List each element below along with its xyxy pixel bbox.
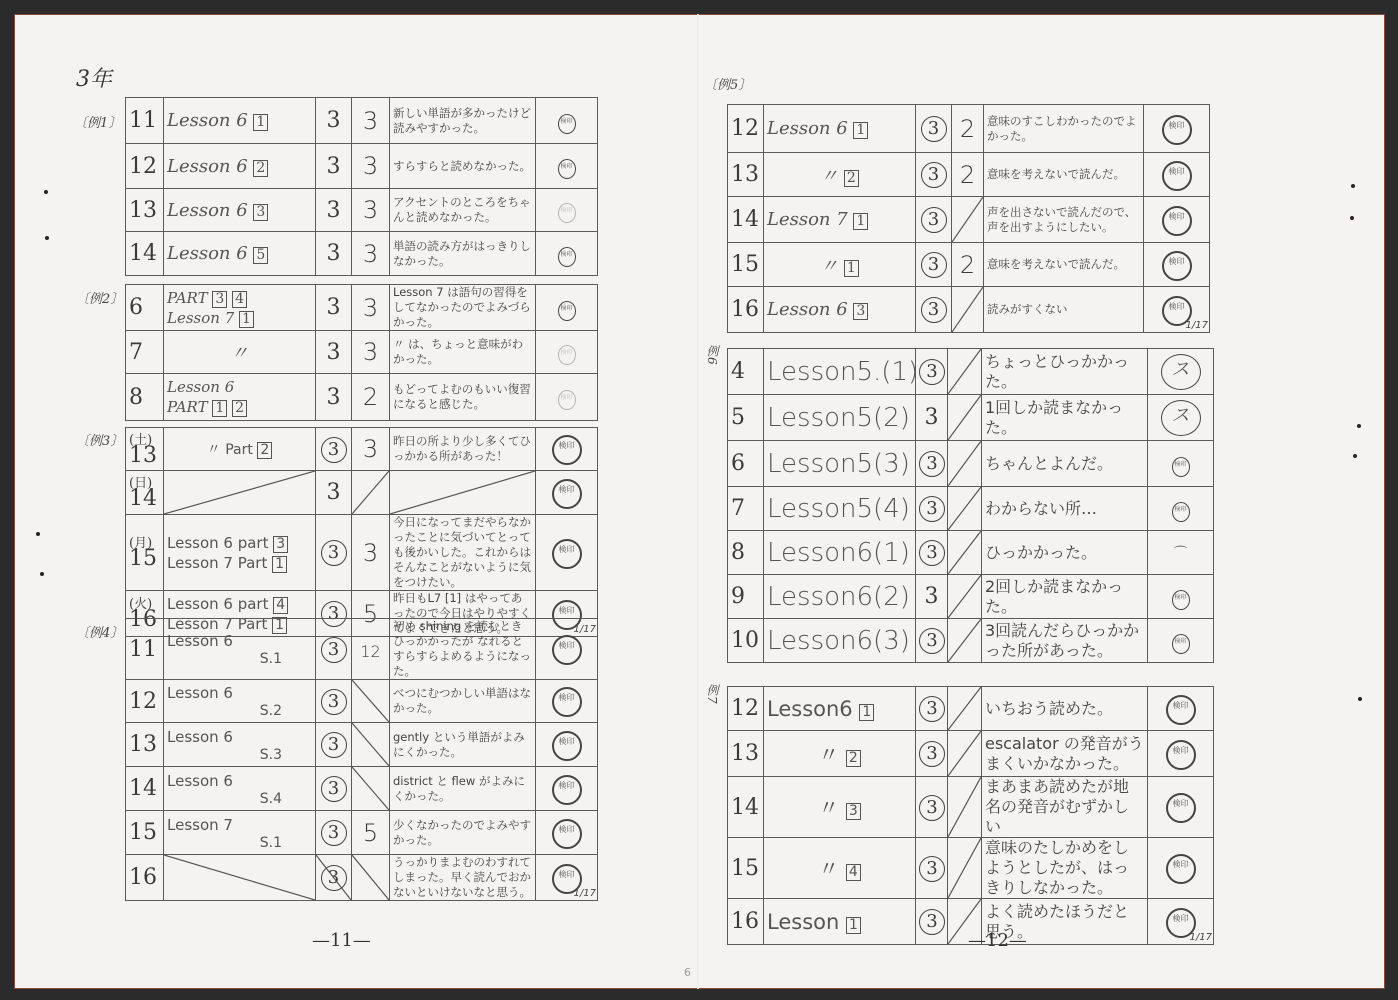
- section-label: S.2: [167, 703, 312, 719]
- reading-count-cell: [948, 531, 982, 575]
- boxed-part-number: 2: [257, 442, 272, 459]
- stamp-cell: 検印: [1148, 575, 1214, 619]
- reading-count: 3: [363, 294, 378, 322]
- comment-text: 2回しか読まなかった。: [985, 577, 1123, 616]
- approval-seal-icon: 検印: [1162, 115, 1192, 145]
- boxed-part-number: 2: [846, 750, 861, 767]
- reading-count: 3: [363, 196, 378, 224]
- boxed-part-number: 4: [846, 864, 861, 881]
- boxed-part-number: 3: [853, 303, 868, 320]
- circled-score: 3: [919, 359, 945, 385]
- score-cell: 3: [316, 144, 352, 189]
- comment-cell: すらすらと読めなかった。: [390, 144, 536, 189]
- boxed-part-number: 3: [846, 803, 861, 820]
- lesson-line: Lesson 6: [167, 727, 312, 747]
- comment-cell: ちゃんとよんだ。: [982, 441, 1148, 487]
- day-number: 16: [129, 865, 157, 890]
- day-number: 15: [731, 252, 759, 277]
- day-cell: 5: [728, 395, 764, 441]
- section-label: S.4: [167, 791, 312, 807]
- punch-hole: [1350, 216, 1354, 220]
- score-cell: 3: [316, 680, 352, 723]
- score-value: 3: [327, 295, 341, 320]
- circled-score: 3: [919, 856, 945, 882]
- score-value: 3: [327, 480, 341, 505]
- lesson-cell: Lesson 6 3: [764, 287, 916, 333]
- date-mark: 1/17: [1186, 320, 1208, 331]
- stamp-cell: 検印: [536, 767, 598, 811]
- circled-score: 3: [921, 116, 947, 142]
- day-number: 12: [731, 696, 759, 721]
- crossed-out-slash: [948, 487, 981, 530]
- lesson-cell: Lesson 6 part 3Lesson 7 Part 1: [164, 515, 316, 591]
- section-label: S.3: [167, 747, 312, 763]
- approval-seal-icon: 検印: [1172, 457, 1190, 477]
- stamp-cell: 検印: [536, 515, 598, 591]
- stamp-cell: 検印: [536, 331, 598, 374]
- score-cell: 3: [916, 619, 948, 663]
- day-cell: 9: [728, 575, 764, 619]
- lesson-cell: Lesson 7S.1: [164, 811, 316, 855]
- day-cell: 15: [728, 838, 764, 899]
- score-cell: 3: [916, 575, 948, 619]
- reading-log-table: 12Lesson 6 132意味のすこしわかったのでよかった。検印13〃 232…: [727, 104, 1210, 333]
- comment-text: 意味を考えないで読んだ。: [987, 257, 1125, 271]
- reading-count: 3: [363, 539, 378, 567]
- table-row: 13〃 23escalator の発音がうまくいかなかった。検印: [728, 731, 1214, 777]
- score-cell: 3: [916, 287, 952, 333]
- grade-label: 3年: [76, 62, 112, 93]
- comment-text: district と flew がよみにくかった。: [393, 774, 525, 803]
- reading-count: 3: [363, 240, 378, 268]
- score-cell: 3: [316, 855, 352, 901]
- score-value: 3: [925, 405, 939, 430]
- reading-count: 2: [960, 251, 975, 279]
- table-row: (土)13〃 Part 233昨日の所より少し多くてひっかかる所があった！検印: [126, 428, 598, 471]
- boxed-part-number: 2: [253, 160, 268, 177]
- day-cell: 10: [728, 619, 764, 663]
- day-number: 7: [731, 496, 745, 521]
- circled-score: 3: [919, 795, 945, 821]
- reading-count: 2: [363, 383, 378, 411]
- right-page-number: —12—: [968, 930, 1027, 951]
- comment-cell: いちおう読めた。: [982, 687, 1148, 731]
- lesson-cell: Lesson 6 5: [164, 232, 316, 276]
- approval-seal-icon: 検印: [1172, 502, 1190, 522]
- stamp-cell: ス: [1148, 395, 1214, 441]
- lesson-line: Lesson 6: [167, 771, 312, 791]
- table-row: 15〃 132意味を考えないで読んだ。検印: [728, 243, 1210, 287]
- table-row: 14Lesson 6S.43district と flew がよみにくかった。検…: [126, 767, 598, 811]
- reading-count-cell: 3: [352, 515, 390, 591]
- approval-seal-icon: 検印: [1162, 161, 1192, 191]
- stamp-cell: 検印: [536, 374, 598, 421]
- comment-cell: わからない所…: [982, 487, 1148, 531]
- section-label: S.1: [167, 835, 312, 851]
- day-cell: 15: [126, 811, 164, 855]
- day-cell: 7: [728, 487, 764, 531]
- stamp-cell: 検印1/17: [1144, 287, 1210, 333]
- crossed-out-slash: [352, 723, 389, 766]
- stamp-cell: 検印: [536, 232, 598, 276]
- stamp-cell: 検印: [536, 428, 598, 471]
- lesson-line: Lesson 7: [167, 815, 312, 835]
- crossed-out-slash: [164, 855, 315, 900]
- reading-count-cell: [952, 287, 984, 333]
- boxed-part-number: 1: [272, 556, 287, 573]
- day-cell: 11: [126, 619, 164, 680]
- score-value: 3: [327, 340, 341, 365]
- table-row: 16Lesson 6 33読みがすくない検印1/17: [728, 287, 1210, 333]
- day-number: 4: [731, 359, 745, 384]
- crossed-out-slash: [352, 680, 389, 722]
- table-row: 6Lesson5(3)3ちゃんとよんだ。検印: [728, 441, 1214, 487]
- day-cell: 11: [126, 98, 164, 144]
- reading-count-cell: 2: [352, 374, 390, 421]
- approval-seal-icon: 検印: [552, 731, 582, 761]
- day-cell: 8: [728, 531, 764, 575]
- lesson-cell: 〃: [164, 331, 316, 374]
- stamp-cell: 検印: [536, 811, 598, 855]
- day-cell: 14: [126, 767, 164, 811]
- punch-hole: [1358, 697, 1362, 701]
- reading-log-table: 12Lesson6 13いちおう読めた。検印13〃 23escalator の発…: [727, 686, 1214, 945]
- day-cell: 12: [126, 144, 164, 189]
- day-number: 12: [129, 154, 157, 179]
- boxed-part-number: 3: [212, 291, 227, 308]
- reading-count-cell: [948, 619, 982, 663]
- crossed-out-slash: [948, 619, 981, 662]
- lesson-cell: 〃 2: [764, 153, 916, 197]
- table-row: 13Lesson 6 333アクセントのところをちゃんと読めなかった。検印: [126, 189, 598, 232]
- center-fold: [697, 14, 699, 989]
- day-cell: 14: [728, 777, 764, 838]
- comment-text: 声を出さないで読んだので、声を出すようにしたい。: [987, 205, 1136, 234]
- approval-seal-icon: 検印: [1172, 590, 1190, 610]
- circled-score: 3: [321, 437, 347, 463]
- crossed-out-slash: [948, 731, 981, 776]
- day-cell: 13: [126, 723, 164, 767]
- comment-cell: 声を出さないで読んだので、声を出すようにしたい。: [984, 197, 1144, 243]
- boxed-part-number: 1: [253, 114, 268, 131]
- stamp-cell: 検印: [1148, 441, 1214, 487]
- boxed-part-number: 1: [212, 400, 227, 417]
- score-cell: 3: [916, 105, 952, 153]
- score-cell: 3: [316, 723, 352, 767]
- lesson-line: Lesson 6 part 4: [167, 594, 312, 614]
- lesson-line: Lesson 7 Part 1: [167, 553, 312, 573]
- stamp-cell: 検印: [1148, 838, 1214, 899]
- reading-count: 5: [363, 819, 378, 847]
- score-cell: 3: [916, 395, 948, 441]
- stamp-cell: 検印1/17: [1148, 899, 1214, 945]
- reading-count-cell: [352, 471, 390, 515]
- lesson-line: Lesson 6: [167, 683, 312, 703]
- table-row: 163うっかりまよむのわすれてしまった。早く読んでおかないといけないなと思う。検…: [126, 855, 598, 901]
- lesson-cell: Lesson 1: [764, 899, 916, 945]
- comment-text: 〃 は、ちょっと意味がわかった。: [393, 337, 523, 366]
- punch-hole: [44, 190, 48, 194]
- date-mark: 1/17: [574, 888, 596, 899]
- stamp-cell: 検印: [1148, 687, 1214, 731]
- day-number: 11: [129, 108, 157, 133]
- comment-cell: escalator の発音がうまくいかなかった。: [982, 731, 1148, 777]
- day-number: 8: [731, 540, 745, 565]
- approval-seal-icon: 検印: [1162, 206, 1192, 236]
- day-number: 13: [129, 198, 157, 223]
- lesson-cell: Lesson 6 2: [164, 144, 316, 189]
- score-cell: 3: [916, 487, 948, 531]
- score-cell: 3: [316, 285, 352, 331]
- comment-text: もどってよむのもいい復習になると感じた。: [393, 382, 531, 411]
- day-number: 11: [129, 637, 157, 662]
- reading-log-table: 6PART 3 4Lesson 7 133Lesson 7 は語句の習得をしてな…: [125, 284, 598, 421]
- approval-seal-icon: 検印: [1166, 740, 1196, 770]
- score-value: 3: [925, 584, 939, 609]
- comment-cell: 新しい単語が多かったけど読みやすかった。: [390, 98, 536, 144]
- score-value: 3: [327, 198, 341, 223]
- boxed-part-number: 4: [232, 291, 247, 308]
- day-cell: 12: [728, 105, 764, 153]
- reading-count-cell: [948, 687, 982, 731]
- approval-seal-icon: 検印: [558, 345, 576, 365]
- approval-seal-icon: 検印: [552, 775, 582, 805]
- table-row: 11Lesson 6 133新しい単語が多かったけど読みやすかった。検印: [126, 98, 598, 144]
- circled-score: 3: [919, 628, 945, 654]
- reading-count-cell: 3: [352, 189, 390, 232]
- comment-text: Lesson 7 は語句の習得をしてなかったのでよみづらかった。: [393, 285, 531, 329]
- score-cell: 3: [916, 197, 952, 243]
- comment-cell: 〃 は、ちょっと意味がわかった。: [390, 331, 536, 374]
- table-row: 12Lesson6 13いちおう読めた。検印: [728, 687, 1214, 731]
- approval-seal-icon: 検印: [552, 479, 582, 509]
- circled-score: 3: [921, 162, 947, 188]
- comment-cell: 2回しか読まなかった。: [982, 575, 1148, 619]
- reading-log-table: 4Lesson5.(1)3ちょっとひっかかった。ス5Lesson5(2)31回し…: [727, 348, 1214, 663]
- comment-cell: まあまあ読めたが地名の発音がむずかしい: [982, 777, 1148, 838]
- day-cell: 13: [728, 153, 764, 197]
- circled-score: 3: [921, 297, 947, 323]
- boxed-part-number: 1: [853, 213, 868, 230]
- reading-count-cell: [352, 723, 390, 767]
- day-number: 5: [731, 405, 745, 430]
- score-cell: 3: [316, 515, 352, 591]
- day-cell: 16: [126, 855, 164, 901]
- crossed-out-slash: [948, 349, 981, 394]
- stamp-cell: 検印: [536, 471, 598, 515]
- table-row: 14Lesson 6 533単語の読み方がはっきりしなかった。検印: [126, 232, 598, 276]
- comment-text: 今日になってまだやらなかったことに気づいてとっても後かいした。これからはそんなこ…: [393, 515, 531, 589]
- punch-hole: [36, 532, 40, 536]
- reading-count-cell: [948, 441, 982, 487]
- day-cell: 12: [126, 680, 164, 723]
- score-cell: 3: [916, 531, 948, 575]
- stamp-cell: 検印: [1148, 731, 1214, 777]
- boxed-part-number: 5: [253, 247, 268, 264]
- day-number: 13: [129, 443, 157, 468]
- comment-text: gently という単語がよみにくかった。: [393, 730, 525, 759]
- day-number: 13: [129, 732, 157, 757]
- score-cell: 3: [316, 374, 352, 421]
- lesson-cell: Lesson6 1: [764, 687, 916, 731]
- reading-count: 2: [960, 115, 975, 143]
- score-cell: 3: [916, 838, 948, 899]
- crossed-out-slash: [352, 855, 389, 900]
- lesson-cell: Lesson 6 1: [164, 98, 316, 144]
- score-cell: 3: [916, 243, 952, 287]
- comment-text: 新しい単語が多かったけど読みやすかった。: [393, 106, 531, 135]
- comment-cell: べつにむつかしい単語はなかった。: [390, 680, 536, 723]
- stamp-cell: ⌒: [1148, 531, 1214, 575]
- lesson-line: Lesson 7 1: [167, 308, 312, 328]
- crossed-out-slash: [948, 395, 981, 440]
- boxed-part-number: 1: [239, 311, 254, 328]
- stamp-cell: 検印: [1144, 197, 1210, 243]
- stamp-cell: 検印: [1148, 777, 1214, 838]
- punch-hole: [1353, 454, 1357, 458]
- lesson-cell: Lesson 6S.3: [164, 723, 316, 767]
- day-number: 12: [129, 689, 157, 714]
- lesson-cell: 〃 Part 2: [164, 428, 316, 471]
- lesson-cell: PART 3 4Lesson 7 1: [164, 285, 316, 331]
- left-page-number: —11—: [312, 930, 371, 951]
- approval-seal-icon: 検印: [552, 635, 582, 665]
- lesson-line: Lesson 6: [167, 377, 312, 397]
- example-label: 〔例3〕: [76, 430, 123, 449]
- table-row: 15Lesson 7S.135少くなかったのでよみやすかった。検印: [126, 811, 598, 855]
- reading-count-cell: 3: [352, 98, 390, 144]
- lesson-cell: Lesson 7 1: [764, 197, 916, 243]
- score-cell: 3: [916, 687, 948, 731]
- comment-text: ひっかかった。: [985, 543, 1097, 562]
- day-number: 15: [129, 546, 157, 571]
- reading-count-cell: 3: [352, 144, 390, 189]
- crossed-out-slash: [948, 777, 981, 837]
- boxed-part-number: 2: [232, 400, 247, 417]
- crossed-out-slash: [164, 471, 315, 514]
- reading-count-cell: [948, 575, 982, 619]
- table-row: (月)15Lesson 6 part 3Lesson 7 Part 133今日に…: [126, 515, 598, 591]
- score-cell: 3: [316, 232, 352, 276]
- day-cell: 6: [126, 285, 164, 331]
- comment-cell: 3回読んだらひっかかった所があった。: [982, 619, 1148, 663]
- comment-cell: [390, 471, 536, 515]
- circled-score: 3: [919, 909, 945, 935]
- day-number: 6: [731, 451, 745, 476]
- circled-score: 3: [321, 689, 347, 715]
- comment-cell: ひっかかった。: [982, 531, 1148, 575]
- circled-score: 3: [321, 732, 347, 758]
- circled-score: 3: [921, 252, 947, 278]
- approval-seal-icon: 検印: [1162, 251, 1192, 281]
- score-cell: 3: [316, 619, 352, 680]
- lesson-cell: Lesson 6 3: [164, 189, 316, 232]
- comment-cell: 今日になってまだやらなかったことに気づいてとっても後かいした。これからはそんなこ…: [390, 515, 536, 591]
- reading-count-cell: [948, 395, 982, 441]
- table-row: 10Lesson6(3)33回読んだらひっかかった所があった。検印: [728, 619, 1214, 663]
- score-cell: 3: [916, 899, 948, 945]
- example-label: 〔例5〕: [704, 74, 751, 93]
- circled-score: 3: [919, 741, 945, 767]
- lesson-cell: 〃 3: [764, 777, 916, 838]
- lesson-line: Lesson 6 part 3: [167, 533, 312, 553]
- score-cell: 3: [316, 98, 352, 144]
- lesson-cell: [164, 471, 316, 515]
- reading-count-cell: 3: [352, 285, 390, 331]
- approval-seal-icon: 検印: [1166, 793, 1196, 823]
- table-row: 12Lesson 6 233すらすらと読めなかった。検印: [126, 144, 598, 189]
- day-number: 9: [731, 584, 745, 609]
- circled-score: 3: [321, 540, 347, 566]
- punch-hole: [1351, 184, 1355, 188]
- reading-log-table: 11Lesson 6S.1312初め shining を読むときひっかかったが …: [125, 618, 598, 901]
- comment-text: まあまあ読めたが地名の発音がむずかしい: [985, 777, 1129, 836]
- comment-cell: 読みがすくない: [984, 287, 1144, 333]
- day-number: 14: [129, 241, 157, 266]
- circled-score: 3: [919, 496, 945, 522]
- reading-count: 3: [363, 338, 378, 366]
- stamp-cell: 検印: [1148, 619, 1214, 663]
- table-row: 12Lesson 6 132意味のすこしわかったのでよかった。検印: [728, 105, 1210, 153]
- boxed-part-number: 3: [273, 536, 288, 553]
- comment-text: うっかりまよむのわすれてしまった。早く読んでおかないといけないなと思う。: [393, 855, 531, 899]
- comment-cell: ちょっとひっかかった。: [982, 349, 1148, 395]
- reading-count-cell: 3: [352, 331, 390, 374]
- section-label: S.1: [167, 651, 312, 667]
- comment-text: 読みがすくない: [987, 302, 1068, 316]
- day-number: 13: [731, 162, 759, 187]
- lesson-cell: Lesson 6S.1: [164, 619, 316, 680]
- day-cell: (月)15: [126, 515, 164, 591]
- stamp-cell: 検印: [536, 189, 598, 232]
- approval-seal-icon: 検印: [1166, 695, 1196, 725]
- table-row: 14Lesson 7 13声を出さないで読んだので、声を出すようにしたい。検印: [728, 197, 1210, 243]
- reading-count: 3: [363, 152, 378, 180]
- comment-text: アクセントのところをちゃんと読めなかった。: [393, 195, 531, 224]
- table-row: 12Lesson 6S.23べつにむつかしい単語はなかった。検印: [126, 680, 598, 723]
- punch-hole: [40, 572, 44, 576]
- crossed-out-slash: [390, 471, 535, 514]
- day-number: 10: [731, 628, 759, 653]
- lesson-cell: Lesson 6 1: [764, 105, 916, 153]
- stamp-cell: 検印: [536, 723, 598, 767]
- day-number: 6: [129, 295, 143, 320]
- score-cell: 3: [316, 428, 352, 471]
- day-cell: 13: [728, 731, 764, 777]
- boxed-part-number: 1: [859, 704, 874, 721]
- score-value: 3: [327, 154, 341, 179]
- crossed-out-slash: [948, 575, 981, 618]
- crossed-out-slash: [952, 287, 983, 332]
- reading-log-table: (土)13〃 Part 233昨日の所より少し多くてひっかかる所があった！検印(…: [125, 427, 598, 637]
- score-cell: 3: [316, 471, 352, 515]
- date-mark: 1/17: [1190, 932, 1212, 943]
- boxed-part-number: 1: [844, 260, 859, 277]
- reading-count-cell: 2: [952, 105, 984, 153]
- comment-text: ちょっとひっかかった。: [985, 352, 1129, 391]
- reading-count-cell: [948, 777, 982, 838]
- comment-cell: うっかりまよむのわすれてしまった。早く読んでおかないといけないなと思う。: [390, 855, 536, 901]
- approval-seal-icon: 検印: [1172, 634, 1190, 654]
- reading-count-cell: [952, 197, 984, 243]
- comment-cell: 初め shining を読むときひっかかったが なれるとすらすらよめるようになっ…: [390, 619, 536, 680]
- score-cell: 3: [916, 153, 952, 197]
- approval-seal-icon: 検印: [552, 435, 582, 465]
- punch-hole: [1357, 424, 1361, 428]
- boxed-part-number: 1: [853, 122, 868, 139]
- approval-seal-icon: 検印: [558, 114, 576, 134]
- table-row: 9Lesson6(2)32回しか読まなかった。検印: [728, 575, 1214, 619]
